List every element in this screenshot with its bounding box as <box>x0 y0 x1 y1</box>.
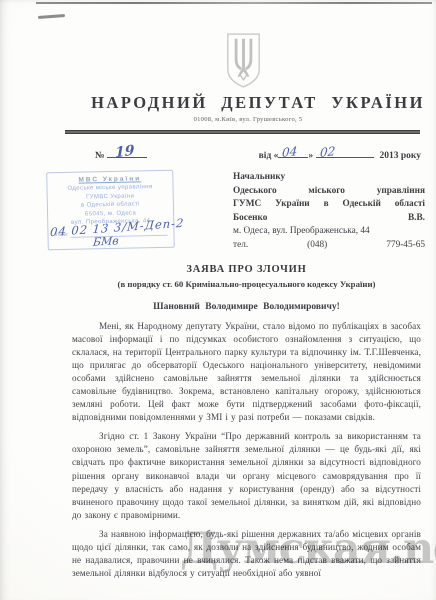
site-watermark: Думская.net <box>180 524 436 574</box>
salutation: Шановний Володимире Володимировичу! <box>72 302 421 312</box>
body-paragraph: Мені, як Народному депутату України, ста… <box>72 320 421 424</box>
ref-number: №19 <box>95 147 147 161</box>
ukraine-trident-emblem-icon <box>225 32 262 90</box>
statement-title: ЗАЯВА ПРО ЗЛОЧИН <box>72 264 421 275</box>
ref-number-label: № <box>95 151 105 161</box>
recipient-line: ГУМС України в Одеській області <box>233 198 425 212</box>
date-day-handwritten: 04 <box>282 144 298 160</box>
scanned-letter-page: НАРОДНИЙ ДЕПУТАТ УКРАЇНИ 01008, м.Київ, … <box>0 0 436 600</box>
letterhead-address: 01008, м.Київ, вул. Грушевського, 5 <box>80 116 416 123</box>
date-quote-close: » <box>308 151 313 161</box>
date-year: 2013 року <box>380 151 422 161</box>
recipient-line: Босенко В.В. <box>233 212 425 226</box>
date-day-line: 04 <box>278 147 308 158</box>
ref-number-line: 19 <box>107 147 147 158</box>
recipient-block: Начальнику Одеського міського управління… <box>233 171 425 253</box>
ref-number-handwritten: 19 <box>115 143 134 162</box>
stamp-handwritten-initials: БМв <box>92 234 119 248</box>
statement-subtitle: (в порядку ст. 60 Кримінально-процесуаль… <box>72 279 421 289</box>
recipient-line: Одеського міського управління <box>233 185 425 199</box>
scan-edge-line <box>36 2 432 4</box>
scan-mark <box>38 14 65 19</box>
letterhead-title: НАРОДНИЙ ДЕПУТАТ УКРАЇНИ <box>80 93 436 113</box>
date-month-line: 02 <box>316 147 374 158</box>
date-month-handwritten: 02 <box>319 144 335 160</box>
date-line: від «04» 022013 року <box>259 147 421 161</box>
recipient-line: Начальнику <box>233 171 425 185</box>
body-paragraph: Згідно ст. 1 Закону України “Про державн… <box>72 430 421 521</box>
date-prefix: від « <box>259 151 279 161</box>
recipient-line: тел. (048) 779-45-65 <box>233 239 425 253</box>
recipient-line: м. Одеса, вул. Преображенська, 44 <box>233 225 425 239</box>
letterhead-rule <box>65 130 420 134</box>
